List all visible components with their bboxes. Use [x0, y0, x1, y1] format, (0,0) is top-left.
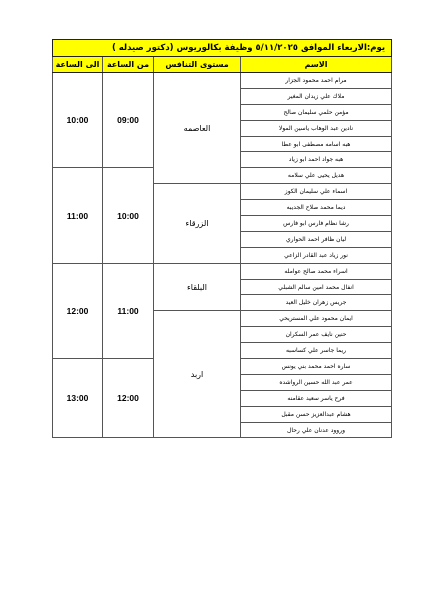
name-cell: نادين عبد الوهاب ياسين المولا — [241, 120, 392, 136]
name-cell: اسراء محمد صالح عوامله — [241, 263, 392, 279]
table-row: مرام احمد محمود الجزارالعاصمه09:0010:00 — [53, 73, 392, 89]
name-cell: هشام عبدالعزيز حسن مقبل — [241, 406, 392, 422]
name-cell: ريما جاسر علي كساسبه — [241, 343, 392, 359]
name-cell: فرح ياسر سعيد عقامنه — [241, 390, 392, 406]
name-cell: ايمان محمود علي المستريحي — [241, 311, 392, 327]
schedule-body: مرام احمد محمود الجزارالعاصمه09:0010:00م… — [53, 73, 392, 438]
name-cell: هبه جواد احمد ابو زياد — [241, 152, 392, 168]
name-cell: وروود عدنان علي رحال — [241, 422, 392, 438]
name-cell: ساره احمد محمد بني يونس — [241, 359, 392, 375]
schedule-title: يوم:الاربعاء الموافق ٥/١١/٢٠٢٥ وظيفة بكا… — [53, 40, 392, 57]
schedule-table: يوم:الاربعاء الموافق ٥/١١/٢٠٢٥ وظيفة بكا… — [52, 39, 392, 438]
header-name: الاسم — [241, 57, 392, 73]
schedule-sheet: يوم:الاربعاء الموافق ٥/١١/٢٠٢٥ وظيفة بكا… — [52, 39, 391, 438]
header-row: الاسم مستوى التنافس من الساعة الى الساعة — [53, 57, 392, 73]
name-cell: ديما محمد صلاح الجديبه — [241, 200, 392, 216]
name-cell: حنين نايف عمر السكران — [241, 327, 392, 343]
level-cell: الزرقاء — [154, 184, 241, 263]
name-cell: نور زياد عبد القادر الزاعي — [241, 247, 392, 263]
to-time-cell: 10:00 — [53, 73, 103, 168]
header-to: الى الساعة — [53, 57, 103, 73]
from-time-cell: 12:00 — [103, 359, 154, 438]
to-time-cell: 13:00 — [53, 359, 103, 438]
header-level: مستوى التنافس — [154, 57, 241, 73]
title-row: يوم:الاربعاء الموافق ٥/١١/٢٠٢٥ وظيفة بكا… — [53, 40, 392, 57]
from-time-cell: 09:00 — [103, 73, 154, 168]
level-cell: اربد — [154, 311, 241, 438]
name-cell: ملاك علي زيدان المغير — [241, 88, 392, 104]
table-row: اسراء محمد صالح عواملهالبلقاء11:0012:00 — [53, 263, 392, 279]
to-time-cell: 12:00 — [53, 263, 103, 358]
name-cell: رشا نظام فارس ابو فارس — [241, 216, 392, 232]
name-cell: جريس زهران خليل العيد — [241, 295, 392, 311]
name-cell: عمر عبد الله حسين الرواشده — [241, 374, 392, 390]
name-cell: هديل يحيى علي سلامه — [241, 168, 392, 184]
name-cell: هبه اسامه مصطفى ابو عطا — [241, 136, 392, 152]
level-cell: العاصمه — [154, 73, 241, 184]
name-cell: ليان ظافر احمد الحواري — [241, 231, 392, 247]
from-time-cell: 11:00 — [103, 263, 154, 358]
level-cell: البلقاء — [154, 263, 241, 311]
name-cell: انفال محمد امين سالم الشبلي — [241, 279, 392, 295]
name-cell: اسماء علي سليمان الكوز — [241, 184, 392, 200]
name-cell: مؤمن حلمي سليمان صالح — [241, 104, 392, 120]
to-time-cell: 11:00 — [53, 168, 103, 263]
header-from: من الساعة — [103, 57, 154, 73]
name-cell: مرام احمد محمود الجزار — [241, 73, 392, 89]
from-time-cell: 10:00 — [103, 168, 154, 263]
